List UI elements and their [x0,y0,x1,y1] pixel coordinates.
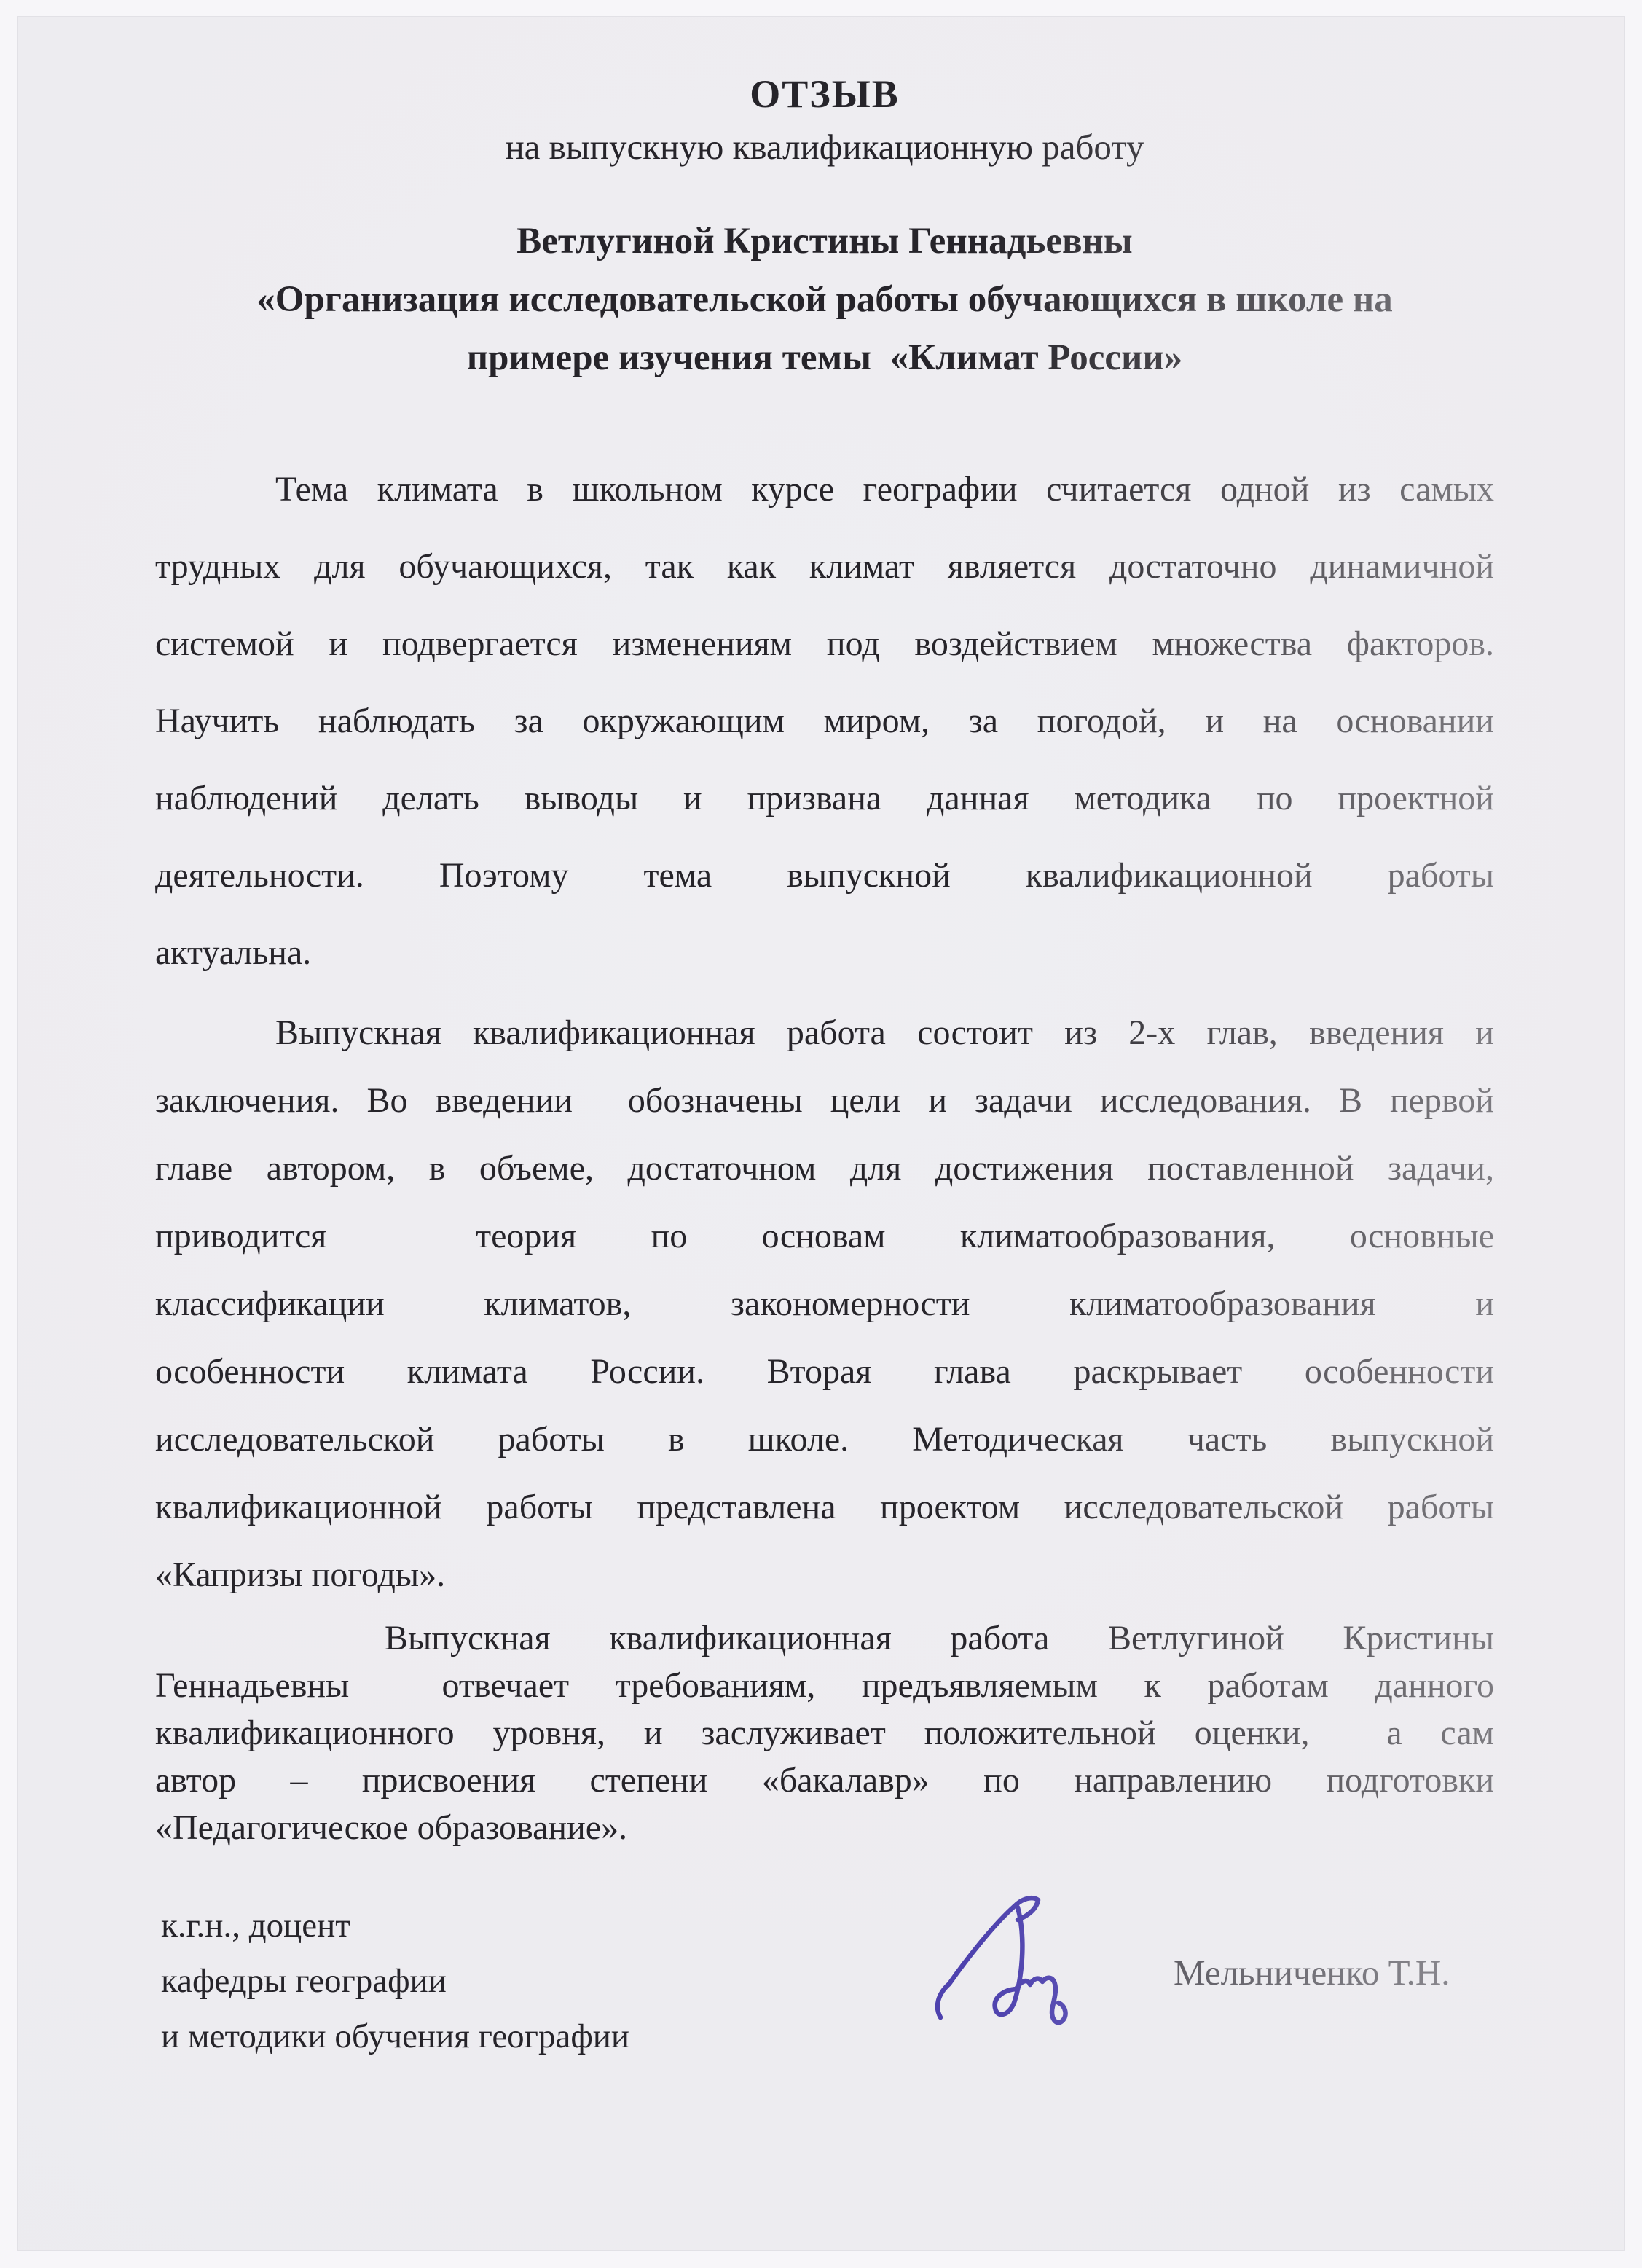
text-line: и методики обучения географии [161,2009,1494,2064]
paper: ОТЗЫВ на выпускную квалификационную рабо… [17,16,1625,2251]
text-line: квалификационного уровня, и заслуживает … [155,1709,1494,1757]
signature-ink [927,1889,1096,2044]
text-line: Геннадьевны отвечает требованиям, предъя… [155,1662,1494,1709]
text-line: главе автором, в объеме, достаточном для… [155,1134,1494,1202]
text-line: к.г.н., доцент [161,1898,1494,1953]
text-line: деятельности. Поэтому тема выпускной ква… [155,837,1494,914]
text-line: актуальна. [155,914,1494,992]
text-line: классификации климатов, закономерности к… [155,1270,1494,1338]
signer-name: Мельниченко Т.Н. [1174,1952,1450,1993]
text-line: примере изучения темы «Климат России» [155,329,1494,387]
paragraph-2: Выпускная квалификационная работа состои… [155,999,1494,1609]
text-line: Выпускная квалификационная работа Ветлуг… [155,1614,1494,1662]
text-line: «Педагогическое образование». [155,1804,1494,1851]
text-line: автор – присвоения степени «бакалавр» по… [155,1757,1494,1804]
text-line: Ветлугиной Кристины Геннадьевны [155,212,1494,270]
paragraph-1: Тема климата в школьном курсе географии … [155,451,1494,992]
text-line: заключения. Во введении обозначены цели … [155,1067,1494,1134]
text-line: «Организация исследовательской работы об… [155,270,1494,329]
text-line: наблюдений делать выводы и призвана данн… [155,760,1494,837]
text-line: особенности климата России. Вторая глава… [155,1338,1494,1405]
text-line: «Капризы погоды». [155,1541,1494,1609]
text-line: трудных для обучающихся, так как климат … [155,528,1494,605]
scanned-page: ОТЗЫВ на выпускную квалификационную рабо… [0,0,1642,2268]
signature-block: к.г.н., доценткафедры географиии методик… [155,1898,1494,2146]
text-line: Выпускная квалификационная работа состои… [155,999,1494,1067]
text-line: приводится теория по основам климатообра… [155,1202,1494,1270]
text-line: Тема климата в школьном курсе географии … [155,451,1494,528]
paragraph-3: Выпускная квалификационная работа Ветлуг… [155,1614,1494,1851]
text-line: Научить наблюдать за окружающим миром, з… [155,683,1494,760]
doc-title: ОТЗЫВ [155,71,1494,117]
text-line: исследовательской работы в школе. Методи… [155,1405,1494,1473]
text-line: квалификационной работы представлена про… [155,1473,1494,1541]
doc-heading: Ветлугиной Кристины Геннадьевны«Организа… [155,212,1494,387]
text-line: системой и подвергается изменениям под в… [155,605,1494,683]
doc-subtitle: на выпускную квалификационную работу [155,126,1494,168]
